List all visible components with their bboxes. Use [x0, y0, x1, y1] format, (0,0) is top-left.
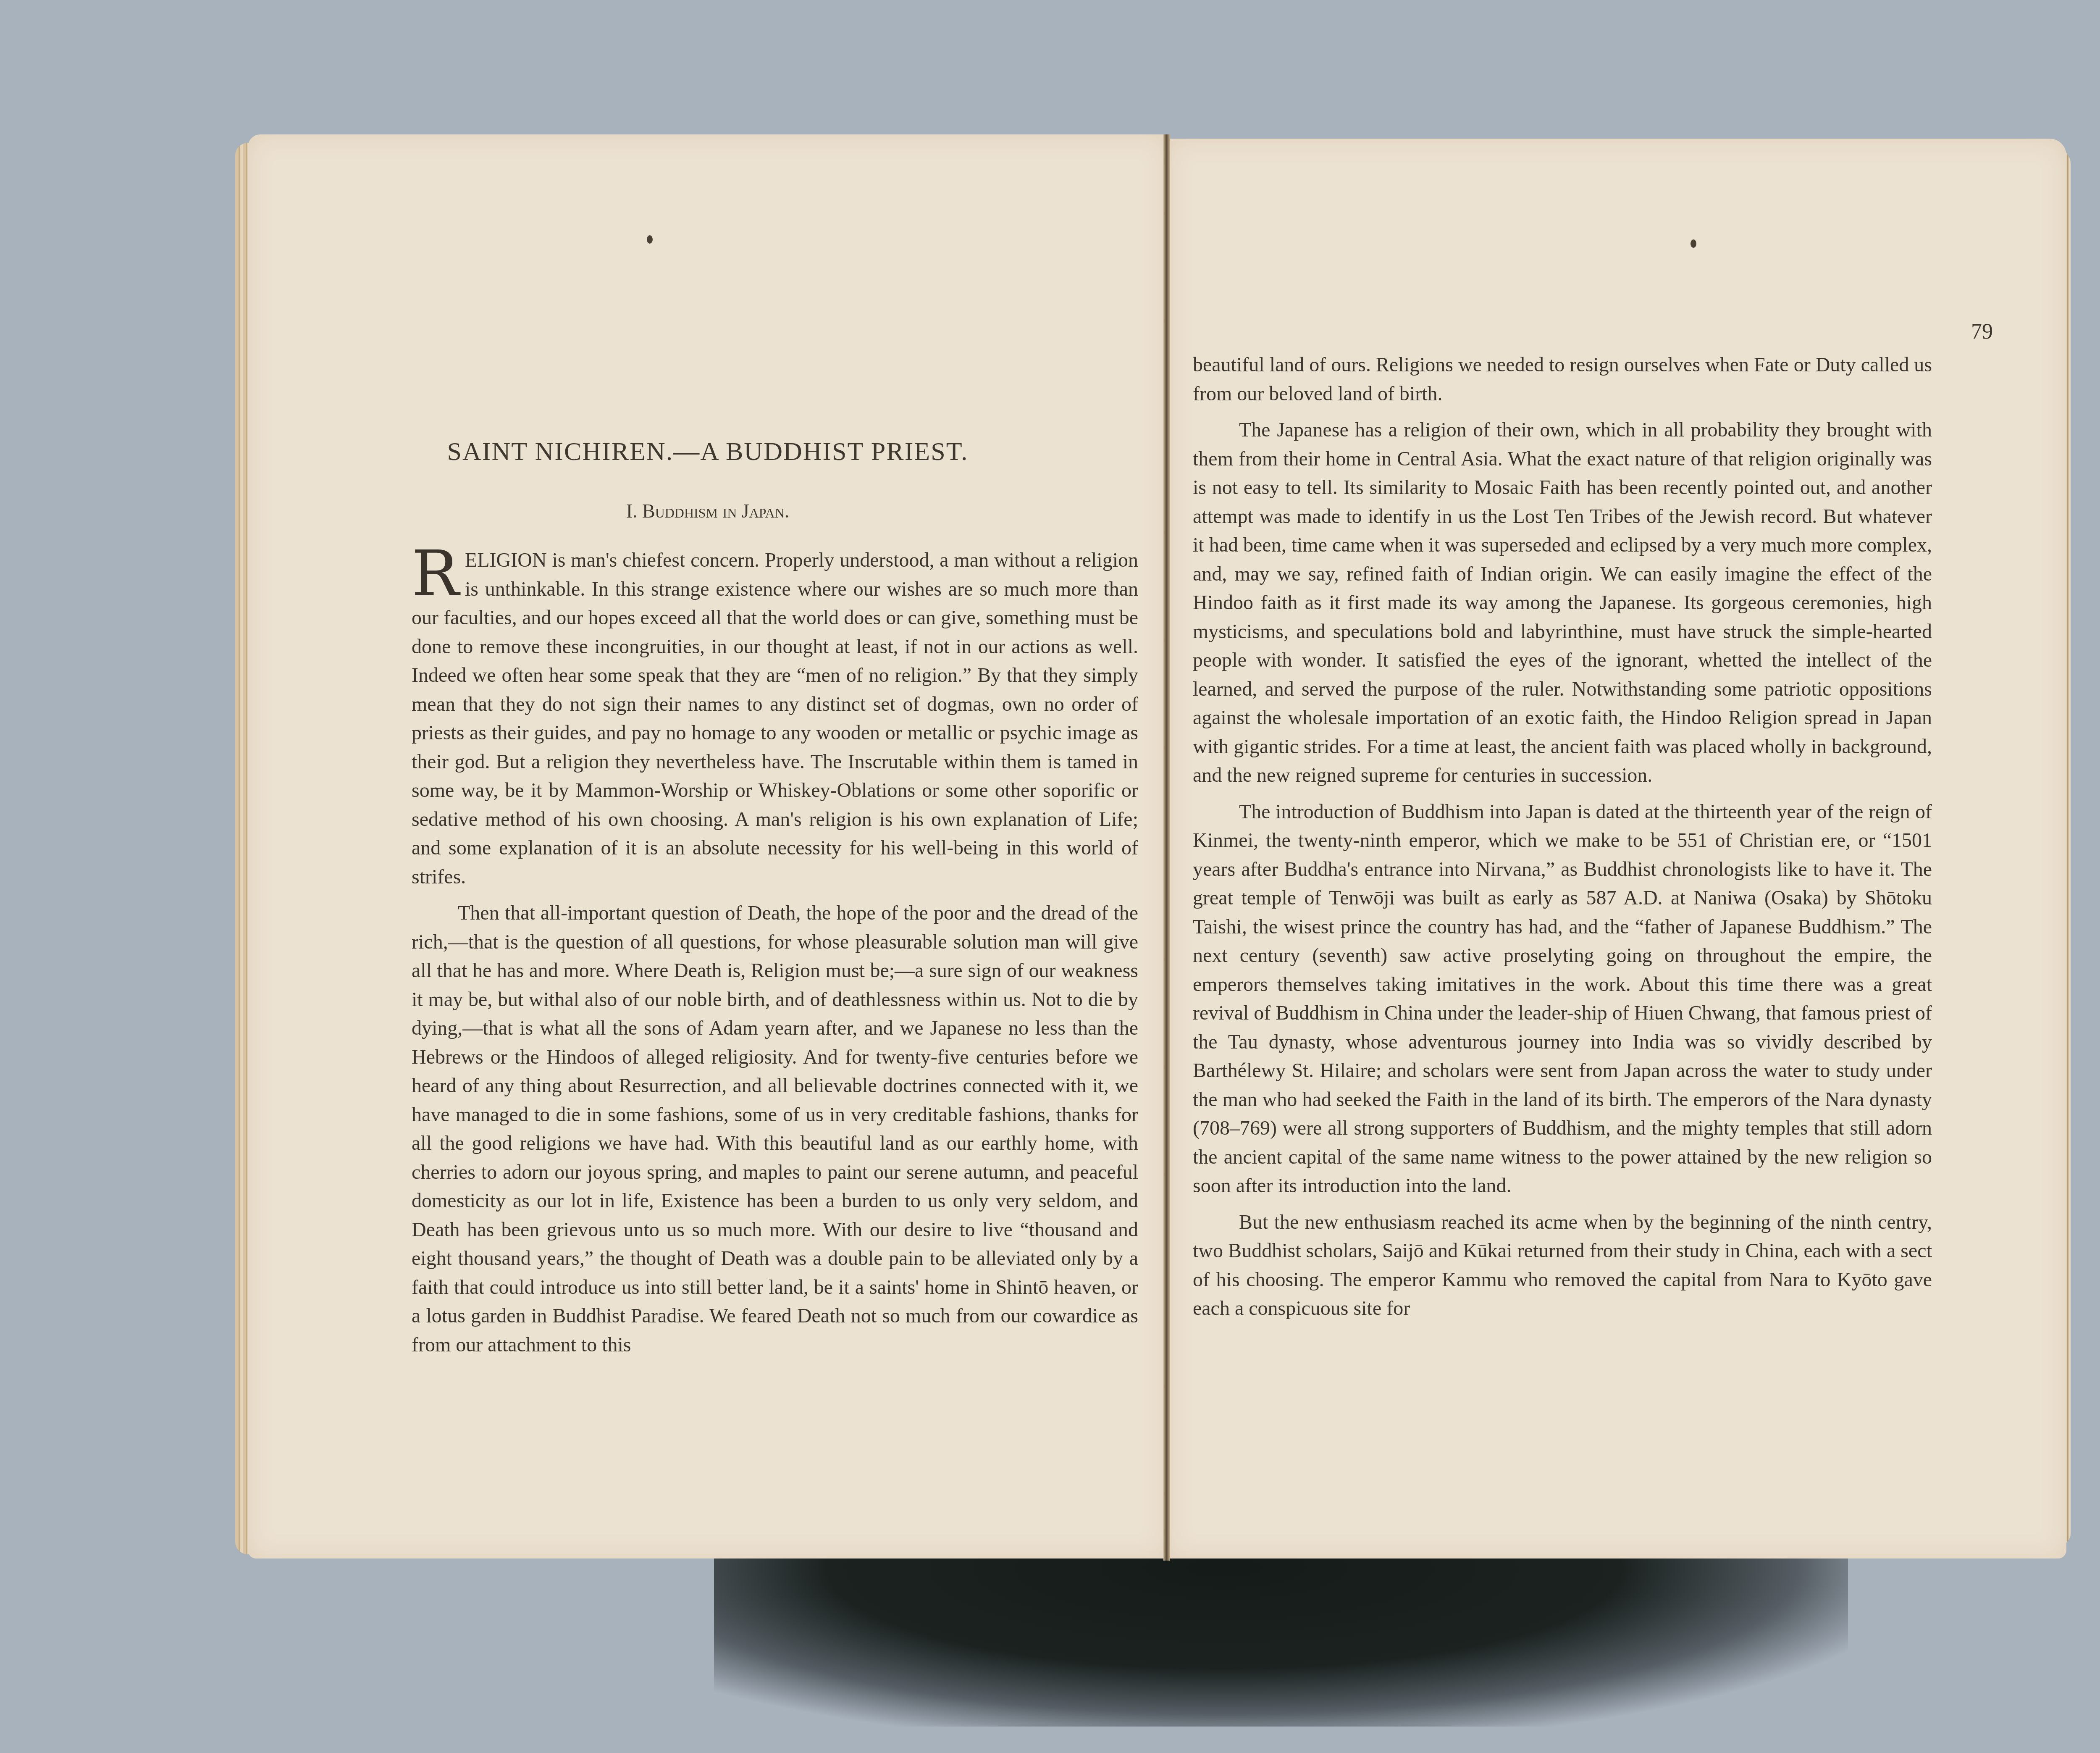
left-page-body: RELIGION is man's chiefest concern. Prop…	[412, 546, 1138, 1359]
page-number: 79	[1971, 319, 1993, 344]
right-page-body: beautiful land of ours. Religions we nee…	[1193, 351, 1932, 1323]
book-spine	[1163, 134, 1170, 1561]
right-page: 79 beautiful land of ours. Religions we …	[1168, 139, 2066, 1559]
paragraph-japanese-religion: The Japanese has a religion of their own…	[1193, 416, 1932, 790]
ink-speck	[647, 235, 653, 244]
paragraph-new-enthusiasm: But the new enthusiasm reached its acme …	[1193, 1208, 1932, 1323]
book-shadow	[714, 1550, 1848, 1727]
drop-cap: R	[412, 549, 459, 599]
paragraph-1-text: ELIGION is man's chiefest concern. Prope…	[412, 549, 1138, 888]
ink-speck	[1690, 239, 1696, 248]
paragraph-2: Then that all-important question of Deat…	[412, 899, 1138, 1359]
paragraph-1: RELIGION is man's chiefest concern. Prop…	[412, 546, 1138, 891]
chapter-title: SAINT NICHIREN.—A BUDDHIST PRIEST.	[248, 437, 1168, 467]
paragraph-continued: beautiful land of ours. Religions we nee…	[1193, 351, 1932, 408]
left-page: SAINT NICHIREN.—A BUDDHIST PRIEST. I. Bu…	[248, 134, 1168, 1559]
paragraph-introduction-of-buddhism: The introduction of Buddhism into Japan …	[1193, 798, 1932, 1201]
section-title: I. Buddhism in Japan.	[248, 500, 1168, 522]
